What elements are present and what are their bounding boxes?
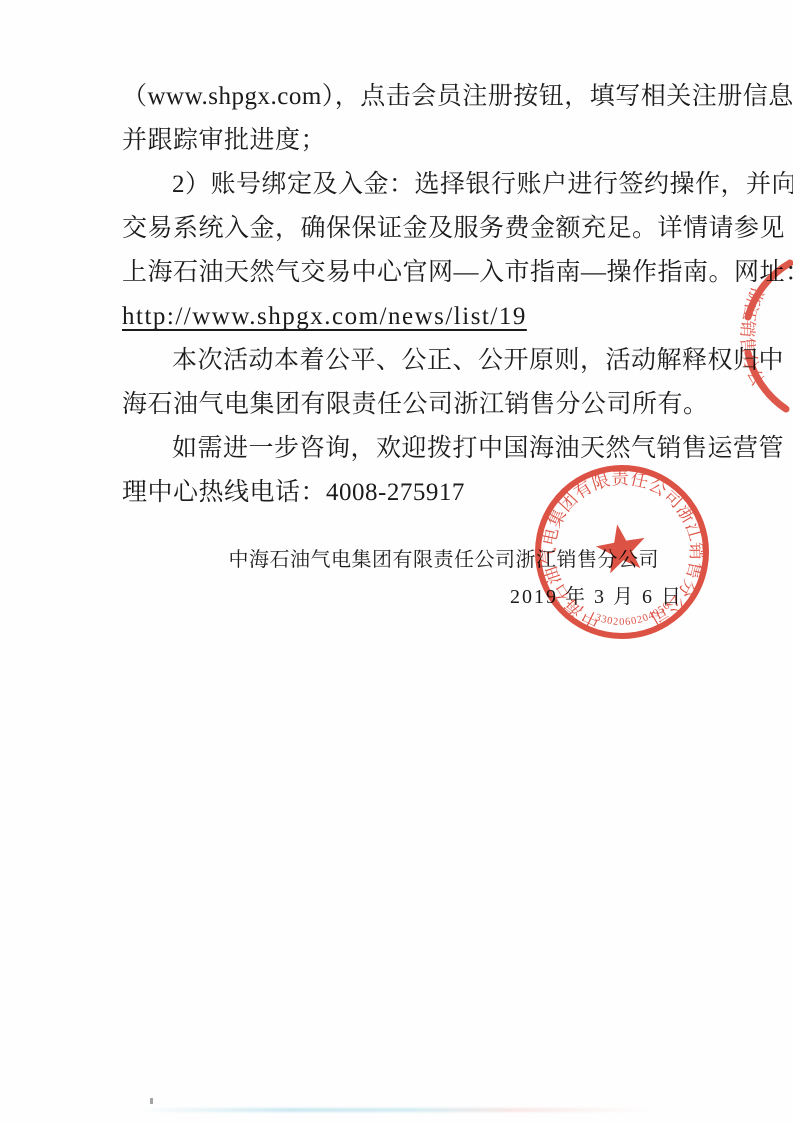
scan-artifact-speck xyxy=(150,1098,153,1104)
body-line: 并跟踪审批进度； xyxy=(122,119,722,163)
body-line: 海石油气电集团有限责任公司浙江销售分公司所有。 xyxy=(122,383,722,427)
star-icon xyxy=(593,520,650,575)
scanned-document-page: （www.shpgx.com），点击会员注册按钮，填写相关注册信息， 并跟踪审批… xyxy=(0,0,793,1123)
body-line: （www.shpgx.com），点击会员注册按钮，填写相关注册信息， xyxy=(122,75,722,119)
edge-seal-text: 浙江销售分公司 xyxy=(720,245,768,390)
body-text: （www.shpgx.com），点击会员注册按钮，填写相关注册信息， 并跟踪审批… xyxy=(122,75,722,515)
body-line: 上海石油天然气交易中心官网—入市指南—操作指南。网址： xyxy=(122,251,722,295)
scan-artifact-streak xyxy=(135,1108,655,1112)
body-line: 2）账号绑定及入金：选择银行账户进行签约操作，并向 xyxy=(122,163,722,207)
company-seal: 中海石油气电集团有限责任公司浙江销售分公司 3302060204956 xyxy=(527,457,717,647)
body-line: 交易系统入金，确保保证金及服务费金额充足。详情请参见 xyxy=(122,207,722,251)
body-line: 本次活动本着公平、公正、公开原则，活动解释权归中 xyxy=(122,339,722,383)
edge-seal-partial: 浙江销售分公司 xyxy=(720,245,793,425)
url-link[interactable]: http://www.shpgx.com/news/list/19 xyxy=(122,295,722,339)
